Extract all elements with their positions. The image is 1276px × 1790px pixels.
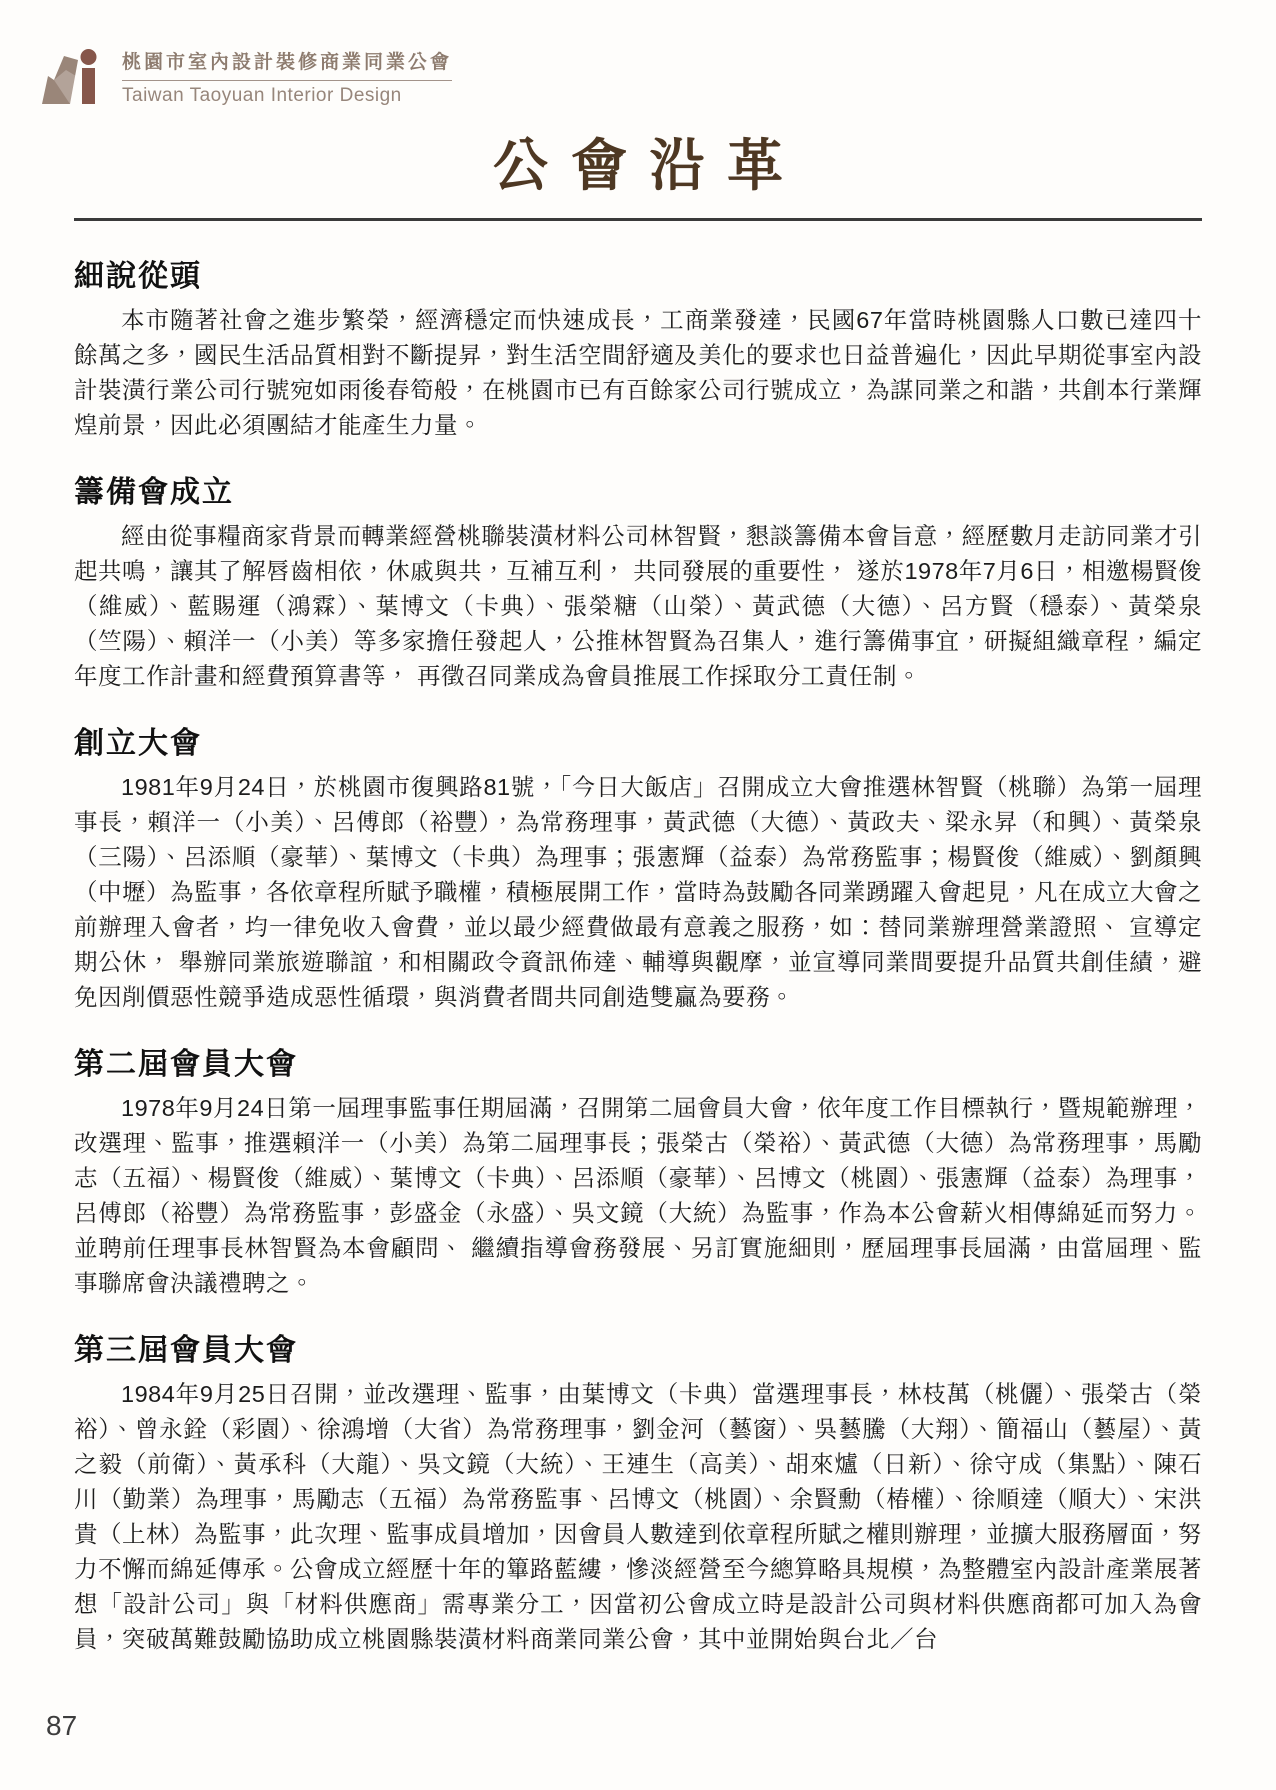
section-heading-preparatory-committee: 籌備會成立 [74, 467, 1202, 511]
association-header: 桃園市室內設計裝修商業同業公會 Taiwan Taoyuan Interior … [0, 0, 1276, 108]
association-logo-icon [40, 46, 108, 108]
section-body-second-general-meeting: 1978年9月24日第一屆理事監事任期屆滿，召開第二屆會員大會，依年度工作目標執… [74, 1091, 1202, 1301]
association-name-en: Taiwan Taoyuan Interior Design [122, 81, 452, 107]
section-body-preparatory-committee: 經由從事糧商家背景而轉業經營桃聯裝潢材料公司林智賢，懇談籌備本會旨意，經歷數月走… [74, 519, 1202, 694]
section-heading-second-general-meeting: 第二屆會員大會 [74, 1039, 1202, 1083]
section-body-founding-assembly: 1981年9月24日，於桃園市復興路81號，「今日大飯店」召開成立大會推選林智賢… [74, 770, 1202, 1015]
article-content: 細說從頭 本市隨著社會之進步繁榮，經濟穩定而快速成長，工商業發達，民國67年當時… [74, 221, 1202, 1657]
page-number: 87 [46, 1710, 77, 1742]
association-names: 桃園市室內設計裝修商業同業公會 Taiwan Taoyuan Interior … [122, 47, 452, 107]
page-title: 公會沿革 [0, 122, 1276, 202]
document-page: 桃園市室內設計裝修商業同業公會 Taiwan Taoyuan Interior … [0, 0, 1276, 1790]
section-heading-founding-assembly: 創立大會 [74, 718, 1202, 762]
section-heading-third-general-meeting: 第三屆會員大會 [74, 1325, 1202, 1369]
association-name-zh: 桃園市室內設計裝修商業同業公會 [122, 47, 452, 81]
section-body-third-general-meeting: 1984年9月25日召開，並改選理、監事，由葉博文（卡典）當選理事長，林枝萬（桃… [74, 1377, 1202, 1657]
section-heading-origins: 細說從頭 [74, 251, 1202, 295]
section-body-origins: 本市隨著社會之進步繁榮，經濟穩定而快速成長，工商業發達，民國67年當時桃園縣人口… [74, 303, 1202, 443]
